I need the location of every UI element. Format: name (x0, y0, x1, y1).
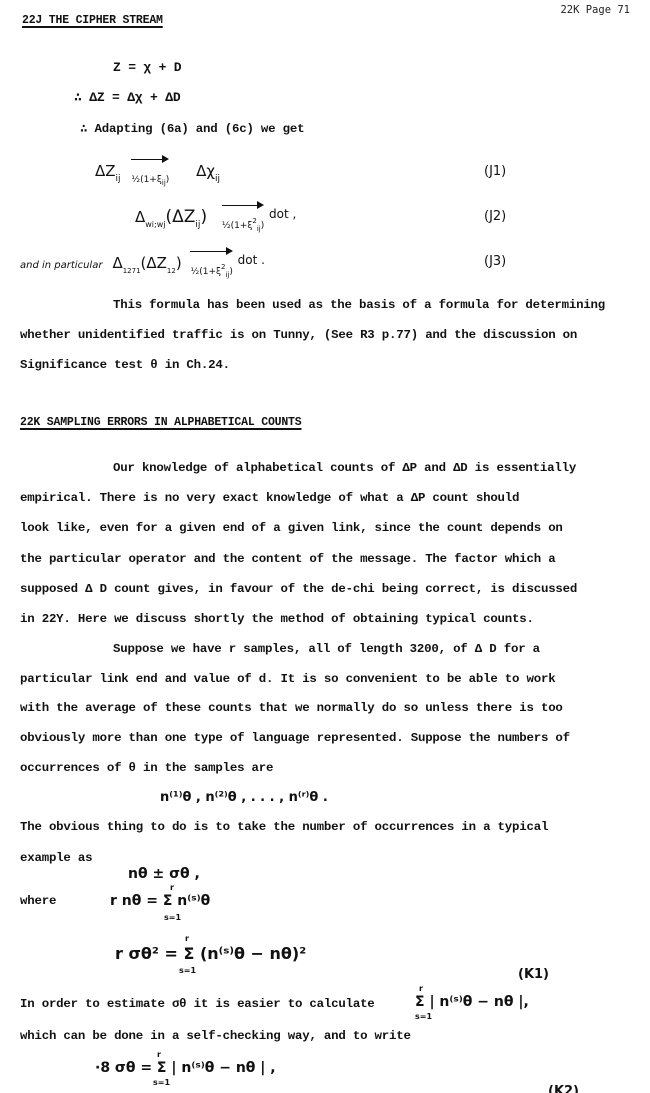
where-label: where (20, 894, 56, 908)
page-number: 22K Page 71 (560, 4, 630, 16)
equation-j2: Δwi;wj(ΔZij) ½(1+ξ2ij) dot , (135, 207, 296, 233)
paragraph-line: whether unidentified traffic is on Tunny… (20, 328, 577, 342)
arrow-icon: ½(1+ξij) (131, 162, 169, 187)
section-heading-22j: 22J THE CIPHER STREAM (22, 14, 163, 27)
paragraph-line: This formula has been used as the basis … (113, 298, 605, 312)
j1-rhs: Δχ (196, 162, 215, 180)
section-heading-22k: 22K SAMPLING ERRORS IN ALPHABETICAL COUN… (20, 416, 331, 429)
paragraph-line: Significance test θ in Ch.24. (20, 358, 230, 372)
equation-j3: and in particularΔ1271(ΔZ12) ½(1+ξ2ij) d… (20, 253, 265, 279)
paragraph-line: the particular operator and the content … (20, 552, 555, 566)
equation-abs-sum: Σ | n⁽ˢ⁾θ − nθ |, r s=1 (415, 994, 529, 1010)
equation-adapting: ∴ Adapting (6a) and (6c) we get (80, 120, 304, 136)
equation-z: Z = χ + D (113, 60, 181, 75)
paragraph-line: Suppose we have r samples, all of length… (113, 642, 540, 656)
equation-typical: nθ ± σθ , (128, 866, 200, 882)
equation-label-j1: (J1) (484, 164, 506, 179)
equation-label-j2: (J2) (484, 209, 506, 224)
j3-prefix: and in particular (20, 260, 102, 271)
arrow-icon: ½(1+ξ2ij) (222, 208, 264, 233)
equation-sample-list: n⁽¹⁾θ , n⁽²⁾θ , . . . , n⁽ʳ⁾θ . (160, 790, 328, 805)
arrow-icon: ½(1+ξ2ij) (190, 254, 232, 279)
paragraph-line: The obvious thing to do is to take the n… (20, 820, 548, 834)
equation-delta-z: ∴ ΔZ = Δχ + ΔD (74, 90, 180, 105)
equation-mean: r nθ = Σ n⁽ˢ⁾θ r s=1 (110, 893, 210, 909)
paragraph-line: with the average of these counts that we… (20, 701, 563, 715)
paragraph-line: obviously more than one type of language… (20, 731, 570, 745)
equation-label-k2: (K2) (548, 1084, 579, 1093)
paragraph-line: Our knowledge of alphabetical counts of … (113, 461, 576, 475)
equation-variance: r σθ² = Σ (n⁽ˢ⁾θ − nθ)² r s=1 (115, 944, 306, 963)
equation-label-j3: (J3) (484, 254, 506, 269)
paragraph-line: look like, even for a given end of a giv… (20, 521, 563, 535)
paragraph-line: empirical. There is no very exact knowle… (20, 491, 519, 505)
paragraph-line: In order to estimate σθ it is easier to … (20, 997, 375, 1011)
paragraph-line: supposed Δ D count gives, in favour of t… (20, 582, 577, 596)
equation-mad: ·8 σθ = Σ | n⁽ˢ⁾θ − nθ | , r s=1 (95, 1060, 276, 1076)
j1-lhs: ΔZ (95, 162, 116, 180)
paragraph-line: particular link end and value of d. It i… (20, 672, 555, 686)
paragraph-line: in 22Y. Here we discuss shortly the meth… (20, 612, 534, 626)
paragraph-line: occurrences of θ in the samples are (20, 761, 273, 775)
paragraph-line: which can be done in a self-checking way… (20, 1029, 411, 1043)
equation-j1: ΔZij ½(1+ξij) Δχij (95, 162, 220, 187)
j1-lhs-sub: ij (116, 174, 121, 184)
paragraph-line: example as (20, 851, 92, 865)
equation-label-k1: (K1) (518, 967, 549, 982)
